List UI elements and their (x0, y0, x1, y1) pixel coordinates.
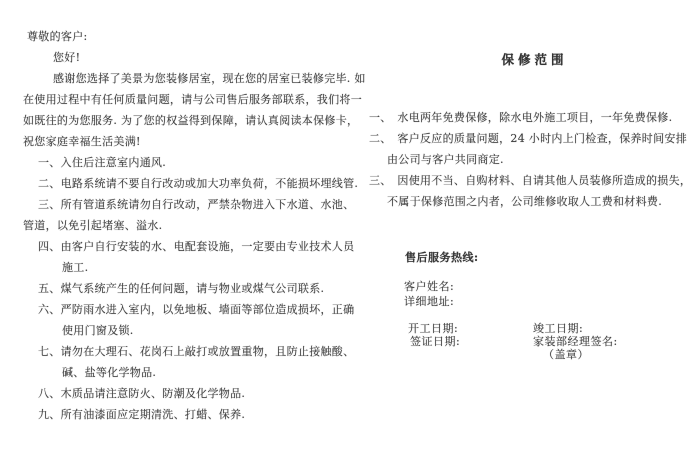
warranty-item-3-cont: 不属于保修范围之内者，公司维修收取人工费和材料费. (369, 191, 700, 212)
warranty-card-document: 尊敬的客户: 您好! 感谢您选择了美景为您装修居室，现在您的居室已装修完毕. 如… (0, 0, 700, 449)
notice-item-5: 五、煤气系统产生的任何问题，请与物业或煤气公司联系. (23, 278, 369, 299)
sign-date-label: 签证日期: (410, 333, 460, 349)
notice-item-3-cont: 管道，以免引起堵塞、溢水. (23, 215, 369, 236)
intro-line: 感谢您选择了美景为您装修居室，现在您的居室已装修完毕. 如 (23, 68, 369, 89)
seal-label: （盖章） (543, 346, 589, 362)
notice-item-3: 三、所有管道系统请勿自行改动，严禁杂物进入下水道、水池、 (23, 194, 369, 215)
intro-line: 在使用过程中有任何质量问题，请与公司售后服务部联系，我们将一 (23, 89, 369, 110)
notice-item-4: 四、由客户自行安装的水、电配套设施，一定要由专业技术人员 (23, 236, 369, 257)
notice-item-8: 八、木质品请注意防火、防潮及化学物品. (23, 383, 369, 404)
customer-notice-page: 尊敬的客户: 您好! 感谢您选择了美景为您装修居室，现在您的居室已装修完毕. 如… (23, 26, 369, 425)
page-title: 保修范围 (369, 50, 700, 68)
greeting: 您好! (23, 47, 369, 68)
hotline-label: 售后服务热线: (405, 249, 479, 265)
notice-item-1: 一、入住后注意室内通风. (23, 152, 369, 173)
notice-item-7-cont: 碱、盐等化学物品. (23, 362, 369, 383)
customer-name-label: 客户姓名: (404, 278, 454, 294)
notice-item-9: 九、所有油漆面应定期清洗、打蜡、保养. (23, 404, 369, 425)
address-label: 详细地址: (404, 293, 454, 309)
warranty-item-2: 二、 客户反应的质量问题，24 小时内上门检查，保养时间安排 (369, 128, 700, 149)
intro-line: 如既往的为您服务. 为了您的权益得到保障，请认真阅读本保修卡， (23, 110, 369, 131)
warranty-item-3: 三、 因使用不当、自购材料、自请其他人员装修所造成的损失， (369, 170, 700, 191)
notice-item-7: 七、请勿在大理石、花岗石上敲打或放置重物，且防止接触酸、 (23, 341, 369, 362)
notice-item-4-cont: 施工. (23, 257, 369, 278)
notice-item-6-cont: 使用门窗及锁. (23, 320, 369, 341)
intro-line: 祝您家庭幸福生活美满! (23, 131, 369, 152)
warranty-item-1: 一、 水电两年免费保修，除水电外施工项目，一年免费保修. (369, 107, 700, 128)
notice-item-6: 六、严防雨水进入室内，以免地板、墙面等部位造成损坏，正确 (23, 299, 369, 320)
notice-item-2: 二、电路系统请不要自行改动或加大功率负荷，不能损坏埋线管. (23, 173, 369, 194)
warranty-items: 一、 水电两年免费保修，除水电外施工项目，一年免费保修. 二、 客户反应的质量问… (369, 107, 700, 212)
warranty-item-2-cont: 由公司与客户共同商定. (369, 149, 700, 170)
salutation: 尊敬的客户: (23, 26, 369, 47)
warranty-scope-page: 保修范围 一、 水电两年免费保修，除水电外施工项目，一年免费保修. 二、 客户反… (369, 0, 700, 449)
